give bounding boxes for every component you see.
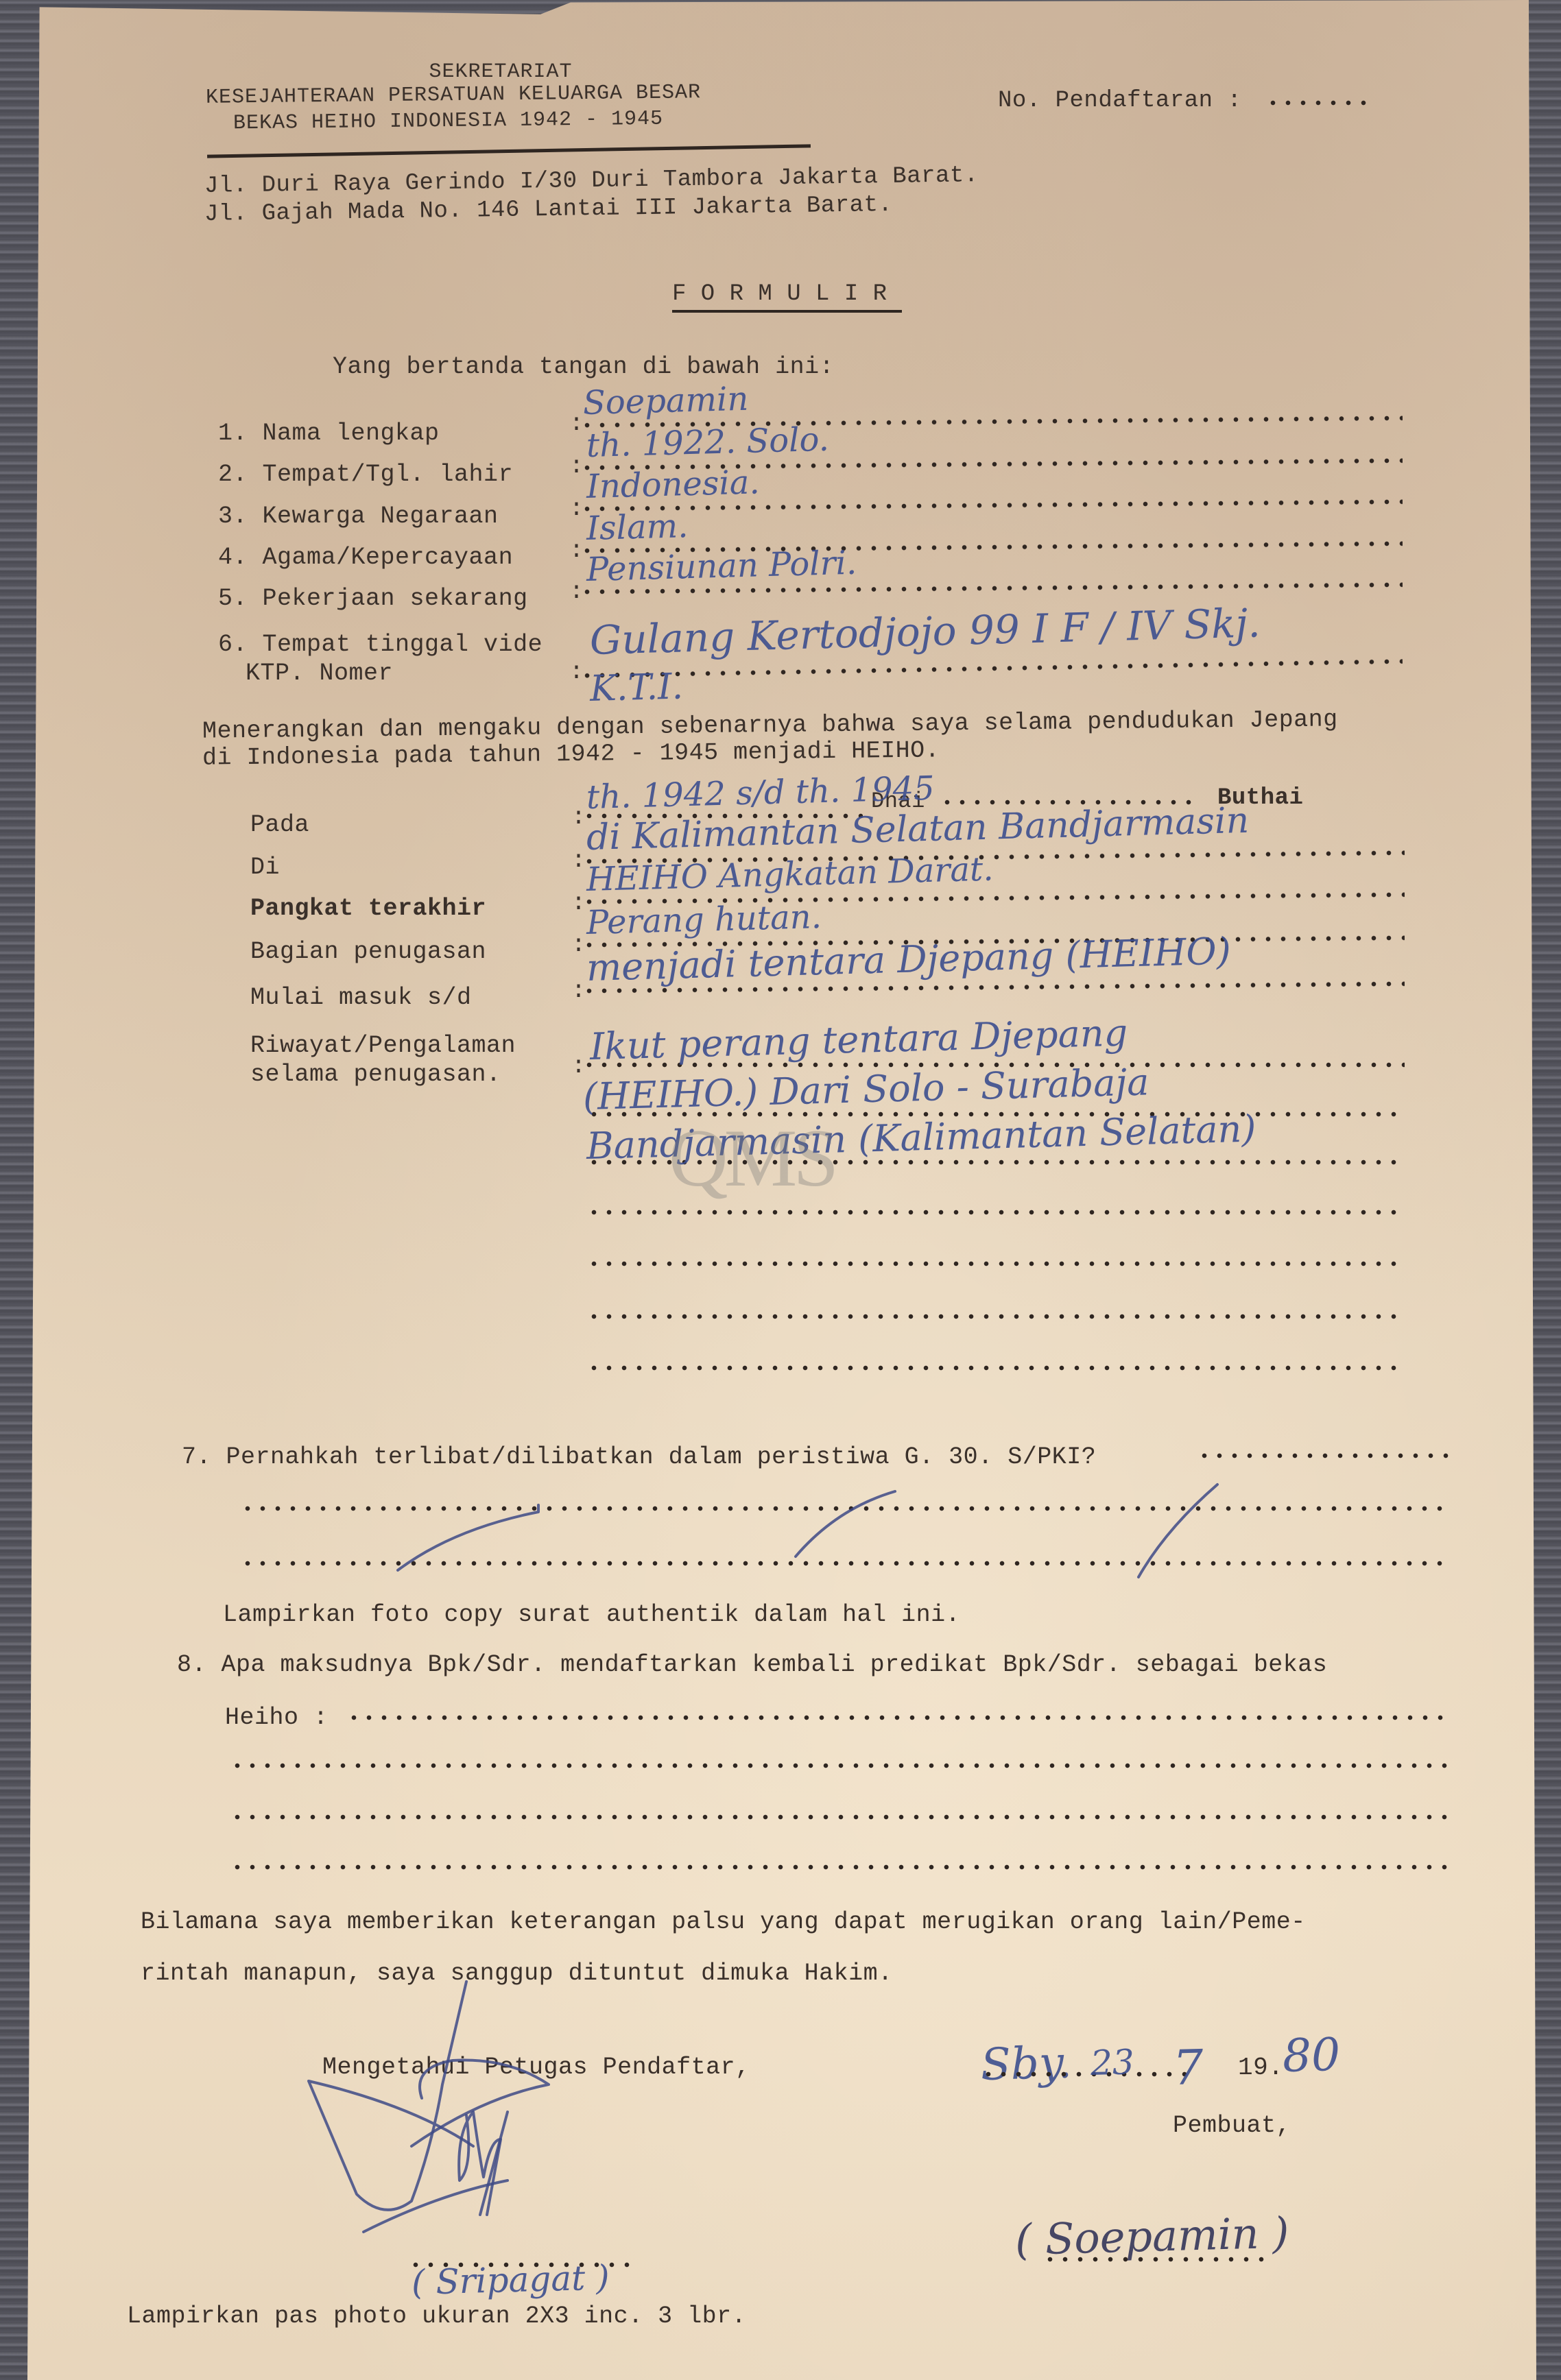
officer-name: ( Sripagat ) — [411, 2257, 610, 2303]
signing-place: Sby. — [980, 2038, 1073, 2091]
signing-month: 7 — [1172, 2039, 1204, 2096]
signing-year: 80 — [1282, 2028, 1341, 2082]
signing-date-field[interactable] — [981, 2071, 1193, 2078]
officer-signature — [27, 0, 1536, 2380]
photo-note: Lampirkan pas photo ukuran 2X3 inc. 3 lb… — [127, 2303, 746, 2330]
signing-year-prefix: 19. — [1238, 2054, 1283, 2082]
signing-day: 23 — [1090, 2042, 1134, 2083]
maker-label: Pembuat, — [1173, 2112, 1291, 2139]
maker-name: ( Soepamin ) — [1014, 2208, 1289, 2265]
form-document: SEKRETARIAT KESEJAHTERAAN PERSATUAN KELU… — [27, 0, 1536, 2380]
